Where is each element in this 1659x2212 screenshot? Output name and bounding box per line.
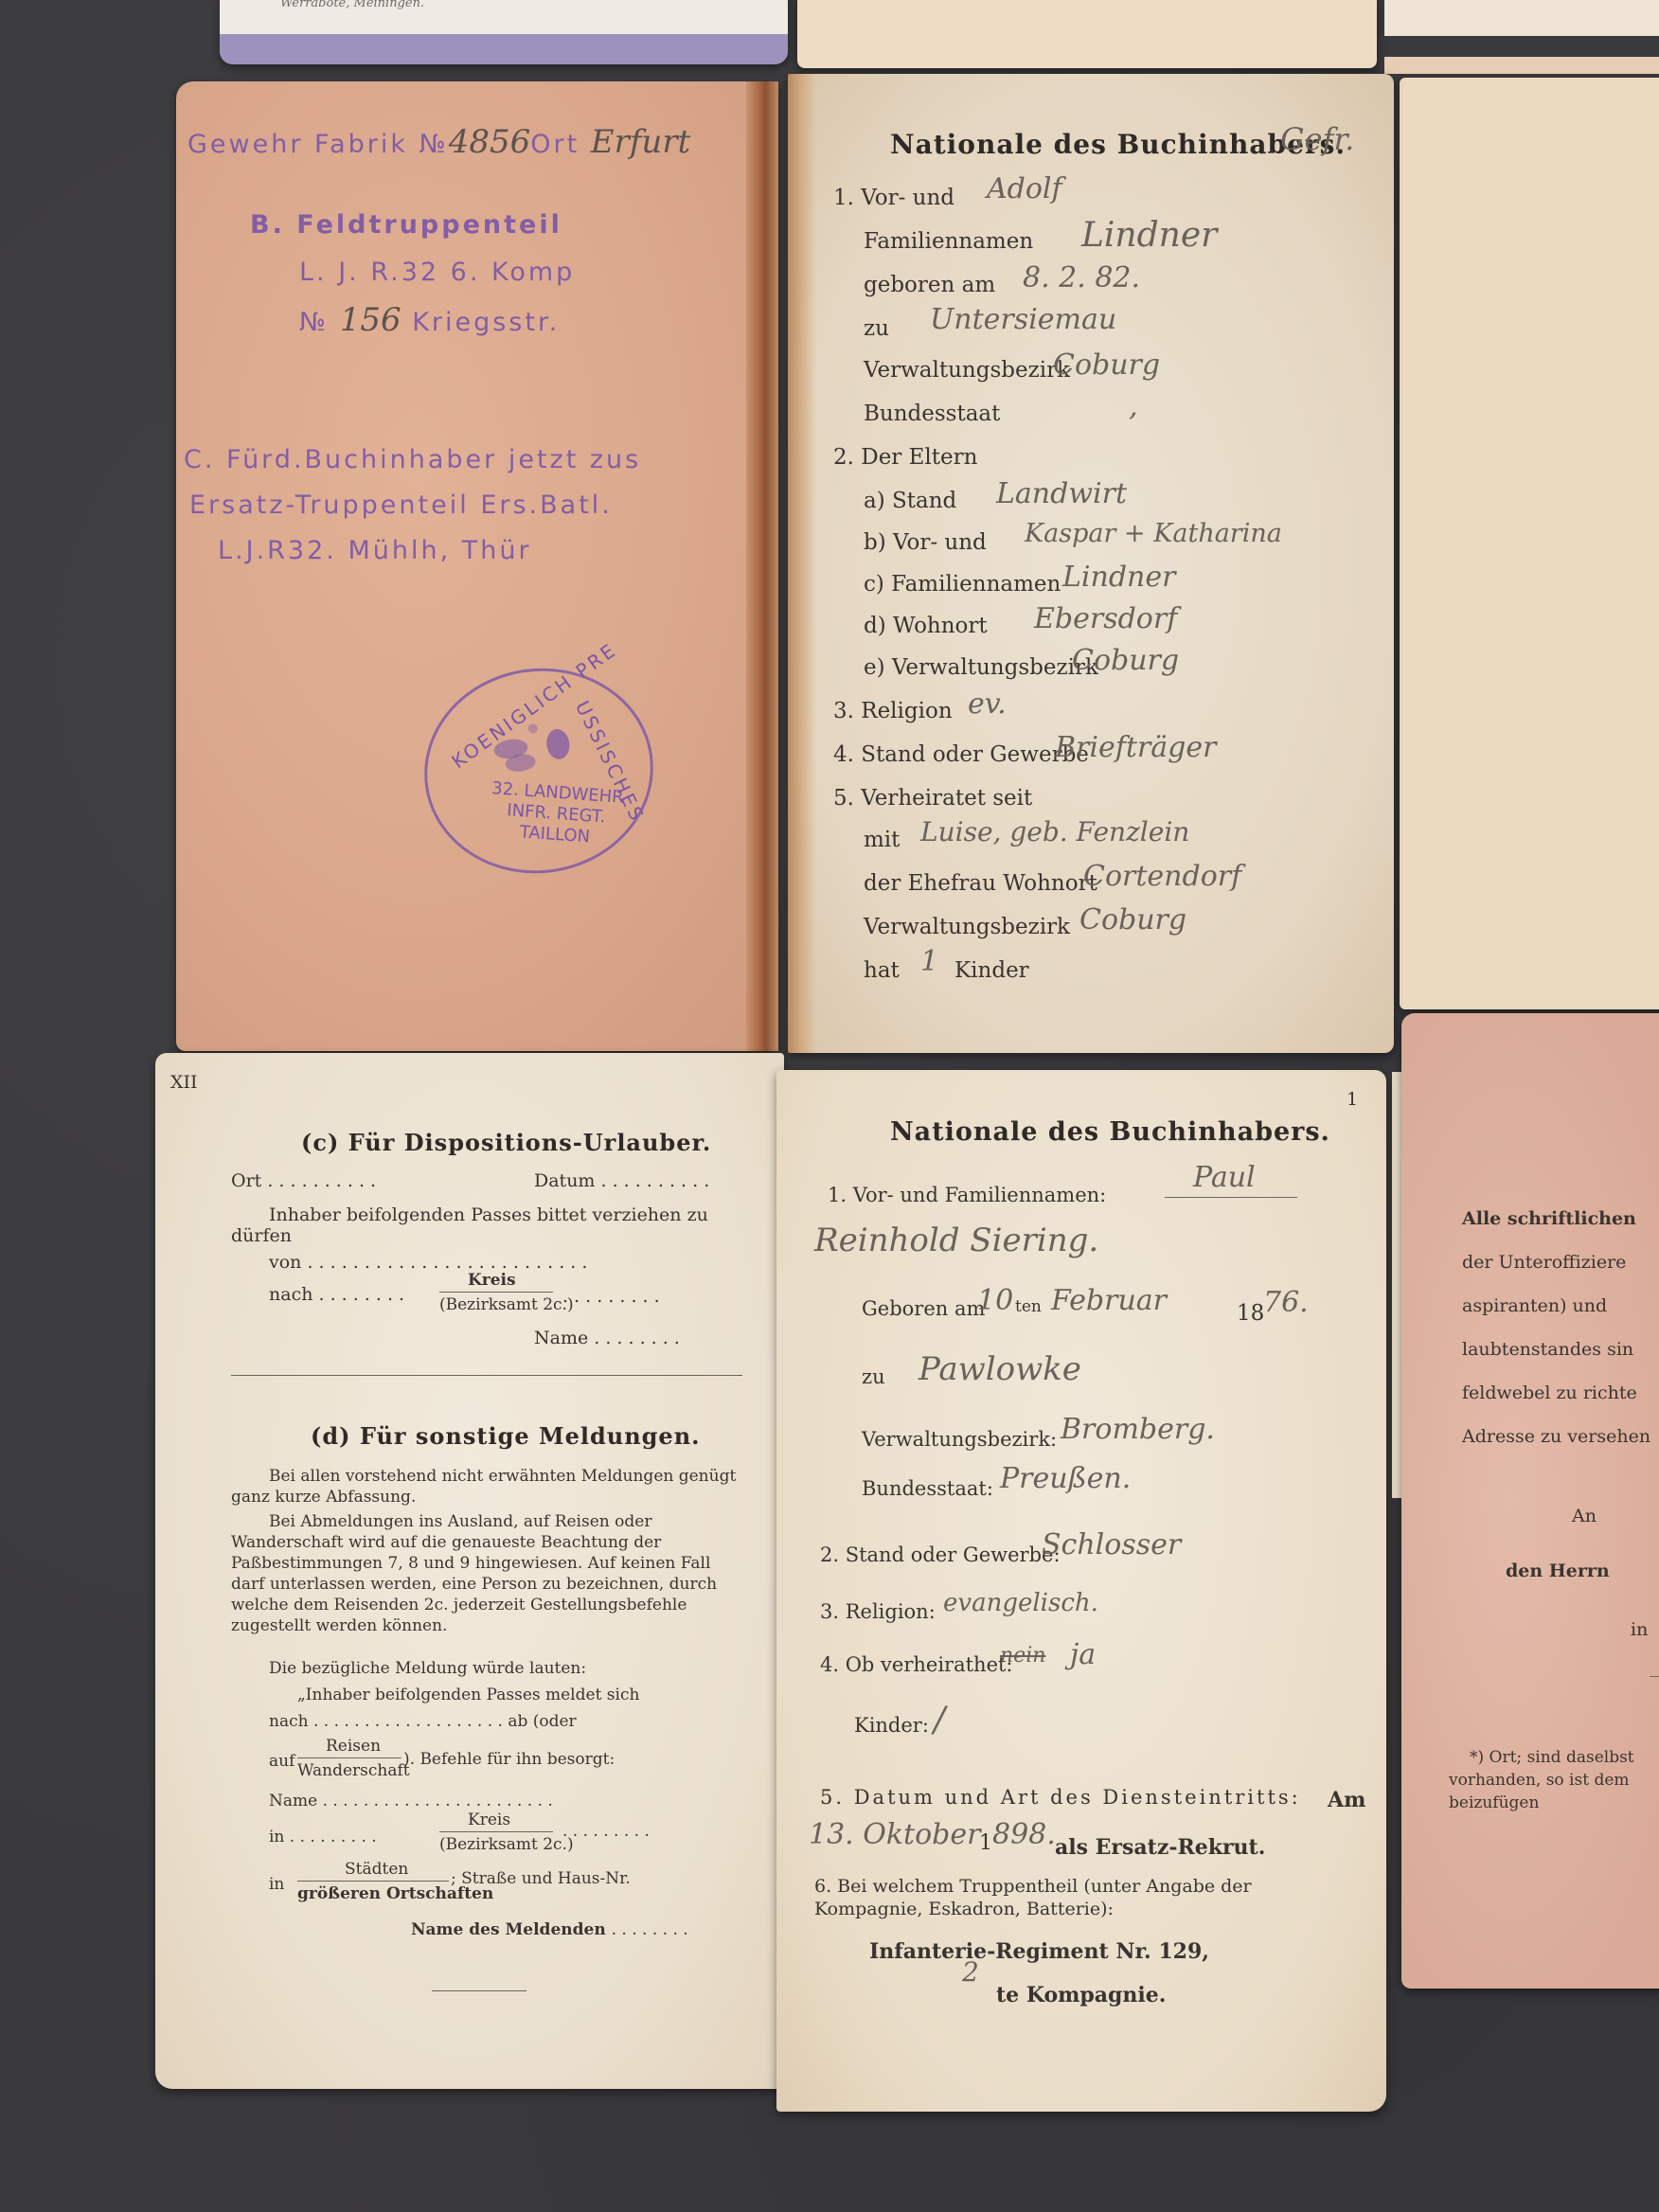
q2-value: Schlosser (1042, 1528, 1181, 1561)
seal-center: 32. LANDWEHR INFR. REGT. TAILLON (488, 778, 624, 850)
card-footnote: beizufügen (1449, 1793, 1539, 1812)
row-value: Adolf (987, 172, 1062, 205)
q1-label: 1. Vor- und Familiennamen: (828, 1184, 1106, 1206)
auf-label: auf (269, 1752, 294, 1771)
fraction-rule (439, 1292, 553, 1293)
row-value: Luise, geb. Fenzlein (920, 816, 1189, 847)
booklet2-left-page: XII (c) Für Dispositions-Urlauber. Ort .… (155, 1053, 784, 2089)
row-label: 5. Verheiratet seit (833, 786, 1032, 811)
para-1: Bei allen vorstehend nicht erwähnten Mel… (231, 1466, 742, 1507)
q5-am: Am (1328, 1788, 1365, 1812)
name2-field: Name . . . . . . . . . . . . . . . . . .… (269, 1792, 553, 1811)
row-value: Coburg (1053, 348, 1160, 382)
q3-label: 3. Religion: (820, 1600, 936, 1623)
booklet2-right-page: 1 Nationale des Buchinhabers. 1. Vor- un… (776, 1070, 1386, 2112)
row-label: Bundesstaat (864, 401, 1000, 426)
kriegsstammrolle-line: № 156 Kriegsstr. (299, 301, 560, 339)
row-value: Cortendorf (1083, 860, 1241, 893)
rifle-ort: Erfurt (591, 123, 690, 161)
section-c-title: (c) Für Dispositions-Urlauber. (301, 1129, 711, 1156)
row-value: 8. 2. 82. (1023, 261, 1140, 294)
kriegsstammrolle-number: 156 (340, 301, 401, 339)
q2-label: 2. Stand oder Gewerbe: (820, 1543, 1061, 1566)
staat-label: Bundesstaat: (862, 1477, 993, 1500)
born-day: 10 (977, 1284, 1013, 1317)
meldenden-field: Name des Meldenden . . . . . . . . (411, 1920, 688, 1939)
card-line: Alle schriftlichen (1462, 1208, 1636, 1229)
row-label: 4. Stand oder Gewerbe (833, 742, 1089, 767)
q1-name-line2: Reinhold Siering. (814, 1222, 1098, 1259)
page-damage-edge (788, 74, 816, 1053)
card-footnote: vorhanden, so ist dem (1449, 1771, 1630, 1790)
q4-label: 4. Ob verheirathet: (820, 1653, 1013, 1676)
in2-label: in (269, 1875, 284, 1894)
bezirksamt2-label: (Bezirksamt 2c.) (439, 1835, 574, 1854)
row-value: Coburg (1079, 903, 1186, 937)
underline (1165, 1197, 1297, 1198)
zu-label: zu (862, 1365, 885, 1388)
kinder-value: / (934, 1701, 945, 1739)
card-line: feldwebel zu richte (1462, 1382, 1637, 1403)
row-value: Lindner (1081, 216, 1217, 255)
von-field: von . . . . . . . . . . . . . . . . . . … (269, 1252, 587, 1273)
reisen-label: Reisen (326, 1737, 381, 1756)
strasse-text: ; Straße und Haus-Nr. (451, 1869, 631, 1888)
card-line: der Unteroffiziere (1462, 1252, 1626, 1273)
q3-value: evangelisch. (943, 1589, 1098, 1617)
row-label: Kinder (954, 958, 1029, 983)
far-right-beige-page (1400, 78, 1659, 1009)
kreis2-label: Kreis (468, 1811, 510, 1829)
row-label: 1. Vor- und (833, 186, 954, 210)
wanderschaft-label: Wanderschaft (297, 1761, 410, 1780)
row-label: 3. Religion (833, 699, 953, 723)
nationale-title: Nationale des Buchinhabers. (890, 1117, 1330, 1147)
ersatz-line-2: Ersatz-Truppenteil Ers.Batl. (189, 491, 613, 520)
pink-instruction-card: Alle schriftlichen der Unteroffiziere as… (1401, 1013, 1659, 1989)
staat-value: Preußen. (1000, 1462, 1131, 1495)
born-year-prefix: 18 (1237, 1301, 1264, 1326)
page-number: 1 (1347, 1089, 1358, 1110)
q6-company: te Kompagnie. (996, 1983, 1166, 2007)
rifle-number: 4856 (449, 123, 531, 161)
row-label: geboren am (864, 273, 995, 297)
q5-year: 898. (992, 1818, 1056, 1851)
row-value: Coburg (1072, 644, 1179, 677)
page-number: XII (170, 1072, 198, 1093)
card-footnote: *) Ort; sind daselbst (1470, 1748, 1634, 1767)
card-den-herrn: den Herrn (1506, 1561, 1610, 1581)
booklet1-cover: Gewehr Fabrik №4856Ort Erfurt B. Feldtru… (176, 81, 778, 1051)
card-an: An (1572, 1506, 1597, 1526)
end-rule (432, 1990, 526, 1991)
row-value: Lindner (1062, 561, 1175, 594)
ort-field: Ort . . . . . . . . . . (231, 1170, 376, 1191)
ersatz-line-3: L.J.R32. Mühlh, Thür (218, 536, 532, 565)
section-d-title: (d) Für sonstige Meldungen. (311, 1422, 701, 1450)
fraction-rule (439, 1831, 553, 1832)
rank-note: Gefr. (1280, 121, 1354, 157)
request-text: Inhaber beifolgenden Passes bittet verzi… (231, 1204, 742, 1246)
fraction-rule (297, 1757, 401, 1758)
rifle-factory-stamp: Gewehr Fabrik №4856Ort Erfurt (187, 123, 690, 161)
befehle-text: ). Befehle für ihn besorgt: (403, 1750, 615, 1769)
zu-value: Pawlowke (919, 1350, 1081, 1388)
booklet1-spine (746, 81, 778, 1051)
staedten-label: Städten (345, 1860, 408, 1879)
row-label: der Ehefrau Wohnort (864, 871, 1097, 896)
ersatz-line-1: C. Fürd.Buchinhaber jetzt zus (184, 445, 641, 474)
kinder-label: Kinder: (854, 1714, 929, 1737)
row-label: zu (864, 316, 889, 341)
row-value: Untersiemau (930, 303, 1116, 336)
row-value: , (1129, 390, 1138, 423)
row-label: e) Verwaltungsbezirk (864, 655, 1098, 680)
card-rule (1650, 1676, 1659, 1677)
card-line: Adresse zu versehen (1462, 1426, 1650, 1447)
born-month: Februar (1051, 1284, 1167, 1317)
booklet1-nationale-page: Nationale des Buchinhabers. Gefr. 1. Vor… (788, 74, 1394, 1053)
q5-date: 13. Oktober (809, 1818, 980, 1851)
bezirksamt-label: (Bezirksamt 2c.) (439, 1295, 574, 1314)
bezirk-value: Bromberg. (1061, 1413, 1215, 1446)
row-value: Briefträger (1055, 731, 1216, 764)
q6-company-number: 2 (962, 1956, 979, 1988)
card-line: aspiranten) und (1462, 1295, 1607, 1316)
datum-field: Datum . . . . . . . . . . (534, 1170, 709, 1191)
row-label: mit (864, 828, 900, 852)
nach-field: nach . . . . . . . . (269, 1284, 404, 1305)
nach-line: nach . . . . . . . . . . . . . . . . . .… (269, 1712, 577, 1731)
in1-field: in . . . . . . . . . (269, 1828, 377, 1846)
row-value: Landwirt (996, 477, 1127, 510)
name-field: Name . . . . . . . . (534, 1328, 680, 1348)
bezirk-label: Verwaltungsbezirk: (862, 1428, 1057, 1451)
q6-regiment: Infanterie-Regiment Nr. 129, (869, 1939, 1209, 1964)
born-label: Geboren am (862, 1297, 985, 1320)
q5-year-prefix: 1 (979, 1831, 992, 1855)
fraction-rule (297, 1881, 449, 1882)
card-in: in (1631, 1619, 1648, 1640)
top-right-booklet-edge (1384, 57, 1659, 74)
top-right-booklet (1384, 0, 1659, 36)
para-3: Die bezügliche Meldung würde lauten: (231, 1659, 742, 1678)
q5-als: als Ersatz-Rekrut. (1055, 1835, 1265, 1860)
row-label: hat (864, 958, 900, 983)
quote-line: „Inhaber beifolgenden Passes meldet sich (297, 1686, 639, 1704)
row-label: Familiennamen (864, 229, 1033, 254)
card-line: laubtenstandes sin (1462, 1339, 1633, 1360)
q4-value: ja (1070, 1638, 1096, 1671)
section-divider (231, 1375, 742, 1376)
row-value: ev. (968, 687, 1007, 721)
row-value: Kaspar + Katharina (1025, 519, 1282, 548)
row-label: c) Familiennamen (864, 572, 1061, 597)
top-middle-booklet (797, 0, 1377, 68)
row-value: Ebersdorf (1034, 602, 1177, 635)
publisher-imprint: Werrabote, Meiningen. (280, 0, 424, 10)
feldtruppenteil-unit: L. J. R.32 6. Komp (299, 258, 575, 287)
nationale-title: Nationale des Buchinhabers. (890, 129, 1346, 160)
row-label: Verwaltungsbezirk (864, 915, 1070, 939)
kreis-label: Kreis (468, 1271, 516, 1290)
dots: . . . . . . . . . (562, 1822, 650, 1841)
regiment-seal-stamp: KOENIGLICH PRE USSISCHES 32. LANDWEHR IN… (411, 653, 667, 888)
q5-label: 5. Datum und Art des Diensteintritts: (820, 1786, 1301, 1809)
q6-label: 6. Bei welchem Truppentheil (unter Angab… (814, 1875, 1364, 1920)
q1-first-name: Paul (1193, 1161, 1256, 1194)
violet-band (220, 34, 788, 64)
row-label: d) Wohnort (864, 614, 988, 638)
q4-struck: nein (1000, 1644, 1045, 1668)
feldtruppenteil-heading: B. Feldtruppenteil (250, 210, 562, 240)
row-label: a) Stand (864, 489, 956, 513)
row-label: b) Vor- und (864, 530, 987, 555)
dots: . . . . . . . . . (562, 1286, 660, 1307)
born-year-suffix: 76. (1263, 1286, 1309, 1319)
row-label: 2. Der Eltern (833, 445, 977, 470)
top-left-booklet: Werrabote, Meiningen. (220, 0, 788, 64)
born-suffix: ten (1015, 1297, 1042, 1316)
para-2: Bei Abmeldungen ins Ausland, auf Reisen … (231, 1511, 742, 1636)
row-value: 1 (920, 945, 938, 978)
row-label: Verwaltungsbezirk (864, 358, 1070, 383)
